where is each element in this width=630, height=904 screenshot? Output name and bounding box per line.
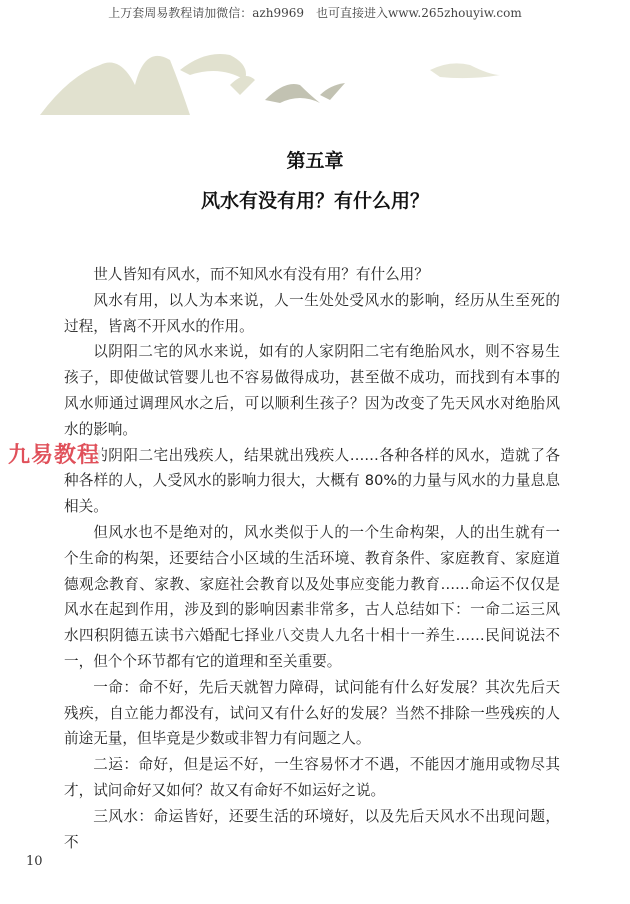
chapter-title: 风水有没有用？有什么用？ — [0, 186, 630, 213]
paragraph: 风水有用，以人为本来说，人一生处处受风水的影响，经历从生至死的过程，皆离不开风水… — [64, 288, 560, 340]
paragraph: 三风水：命运皆好，还要生活的环境好，以及先后天风水不出现问题，不 — [64, 804, 560, 856]
banner-text: 上万套周易教程请加微信：azh9969 也可直接进入www.265zhouyiw… — [0, 4, 630, 21]
page-number: 10 — [26, 854, 43, 869]
paragraph: 二运：命好，但是运不好，一生容易怀才不遇，不能因才施用或物尽其才，试问命好又如何… — [64, 752, 560, 804]
paragraph: 一命：命不好，先后天就智力障碍，试问能有什么好发展？其次先后天残疾，自立能力都没… — [64, 675, 560, 752]
paragraph: 世人皆知有风水，而不知风水有没有用？有什么用？ — [64, 262, 560, 288]
paragraph: 以阴阳二宅的风水来说，如有的人家阴阳二宅有绝胎风水，则不容易生孩子，即使做试管婴… — [64, 339, 560, 442]
body-text: 世人皆知有风水，而不知风水有没有用？有什么用？ 风水有用，以人为本来说，人一生处… — [64, 262, 560, 855]
watermark-logo: 九易教程 — [6, 438, 102, 469]
paragraph: 的阴阳二宅出残疾人，结果就出残疾人……各种各样的风水，造就了各种各样的人，人受风… — [64, 443, 560, 520]
chapter-number: 第五章 — [0, 146, 630, 173]
mountain-ink-illustration — [30, 25, 510, 125]
paragraph: 但风水也不是绝对的，风水类似于人的一个生命构架，人的出生就有一个生命的构架，还要… — [64, 520, 560, 675]
